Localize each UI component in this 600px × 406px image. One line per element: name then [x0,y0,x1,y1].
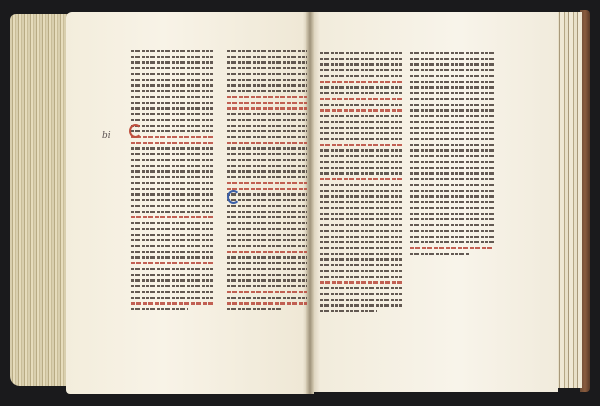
text-line [320,81,402,83]
text-line [410,247,494,249]
text-line [320,207,402,209]
text-line [410,207,494,209]
text-line [227,50,307,52]
text-line [227,113,307,115]
text-line [227,216,307,218]
text-column-right-1 [320,52,402,316]
text-line [131,147,213,149]
text-line [227,297,307,299]
text-line [320,121,402,123]
text-line [227,90,307,92]
text-line [320,109,402,111]
text-line [320,69,402,71]
text-line [320,149,402,151]
text-line [320,184,402,186]
text-line [227,274,307,276]
text-line [320,258,402,260]
text-line [410,104,494,106]
text-line [410,121,494,123]
text-line [227,308,283,310]
text-line [227,147,307,149]
text-line [410,218,494,220]
text-line [320,178,402,180]
text-line [131,50,213,52]
text-line [227,291,307,293]
text-line [227,279,307,281]
text-line [320,230,402,232]
text-line [410,230,494,232]
text-line [410,172,494,174]
book-gutter [306,12,314,394]
text-line [227,302,307,304]
text-line [227,73,307,75]
text-line [410,115,494,117]
text-line [410,236,494,238]
text-line [227,170,307,172]
text-line [320,104,402,106]
text-line [320,144,402,146]
text-line [131,222,213,224]
text-line [131,245,213,247]
text-line [227,245,307,247]
text-line [410,184,494,186]
text-column-left-1 [131,50,213,314]
text-line [410,138,494,140]
text-line [131,79,213,81]
text-line [410,178,494,180]
text-line [320,310,377,312]
text-line [131,188,213,190]
text-line [131,73,213,75]
text-line [131,268,213,270]
text-line [131,193,213,195]
red-initial-letter [129,124,142,138]
text-line [410,167,494,169]
text-line [227,285,307,287]
text-line [131,125,213,127]
text-line [410,63,494,65]
text-line [131,308,188,310]
text-line [410,75,494,77]
text-column-right-2 [410,52,494,258]
text-line [131,84,213,86]
text-line [227,136,307,138]
text-line [320,287,402,289]
text-line [410,127,494,129]
text-line [320,213,402,215]
text-line [410,52,494,54]
text-line [227,67,307,69]
text-line [320,167,402,169]
text-line [131,96,213,98]
text-line [227,256,307,258]
text-line [227,130,307,132]
text-line [320,304,402,306]
text-line [131,182,213,184]
text-line [320,63,402,65]
text-line [227,188,307,190]
text-line [131,211,213,213]
text-line [227,239,307,241]
text-line [131,170,213,172]
text-line [410,86,494,88]
text-line [410,253,469,255]
text-line [227,205,307,207]
text-line [227,228,307,230]
blue-initial-letter [227,190,240,204]
text-line [227,56,307,58]
text-line [227,268,307,270]
text-line [227,79,307,81]
text-line [320,161,402,163]
text-line [131,119,213,121]
text-line [227,142,307,144]
text-line [410,144,494,146]
text-line [320,247,402,249]
text-line [131,61,213,63]
text-column-left-2 [227,50,307,314]
text-line [320,92,402,94]
text-line [320,115,402,117]
text-line [131,228,213,230]
text-line [410,155,494,157]
text-line [131,239,213,241]
text-line [320,276,402,278]
text-line [131,56,213,58]
text-line [227,234,307,236]
text-line [227,153,307,155]
text-line [227,96,307,98]
text-line [320,127,402,129]
text-line [131,302,213,304]
text-line [227,119,307,121]
text-line [131,153,213,155]
text-line [227,251,307,253]
text-line [227,222,307,224]
text-line [320,201,402,203]
page-edges-left [10,14,72,386]
text-line [131,216,213,218]
text-line [131,256,213,258]
text-line [320,241,402,243]
text-line [320,253,402,255]
text-line [410,58,494,60]
text-line [320,281,402,283]
text-line [131,136,213,138]
text-line [410,149,494,151]
text-line [227,84,307,86]
text-line [227,262,307,264]
text-line [131,205,213,207]
text-line [227,102,307,104]
text-line [410,132,494,134]
text-line [131,113,213,115]
text-line [320,75,402,77]
text-line [320,52,402,54]
text-line [410,161,494,163]
text-line [131,285,213,287]
text-line [131,159,213,161]
text-line [320,270,402,272]
text-line [320,236,402,238]
page-edges-right [556,12,582,388]
text-line [320,58,402,60]
text-line [410,224,494,226]
text-line [320,172,402,174]
text-line [320,218,402,220]
text-line [320,190,402,192]
marginal-note: bi [102,131,111,141]
text-line [320,195,402,197]
text-line [320,155,402,157]
text-line [410,109,494,111]
text-line [320,299,402,301]
text-line [410,241,494,243]
text-line [131,142,213,144]
text-line [131,279,213,281]
text-line [410,69,494,71]
text-line [410,201,494,203]
open-book: bi [0,0,600,406]
text-line [227,107,307,109]
text-line [320,224,402,226]
text-line [227,165,307,167]
text-line [227,159,307,161]
text-line [131,176,213,178]
text-line [320,132,402,134]
text-line [410,195,494,197]
text-line [227,182,307,184]
text-line [320,98,402,100]
text-line [131,165,213,167]
text-line [131,234,213,236]
text-line [131,107,213,109]
text-line [131,274,213,276]
text-line [131,67,213,69]
text-line [410,98,494,100]
text-line [320,138,402,140]
text-line [131,297,213,299]
text-line [227,125,307,127]
text-line [320,264,402,266]
text-line [131,251,213,253]
text-line [320,293,402,295]
text-line [131,102,213,104]
text-line [131,199,213,201]
text-line [320,86,402,88]
text-line [131,291,213,293]
text-line [227,176,307,178]
text-line [410,190,494,192]
text-line [131,130,213,132]
text-line [410,92,494,94]
text-line [131,90,213,92]
text-line [131,262,213,264]
text-line [227,211,307,213]
text-line [410,81,494,83]
text-line [410,213,494,215]
text-line [227,61,307,63]
